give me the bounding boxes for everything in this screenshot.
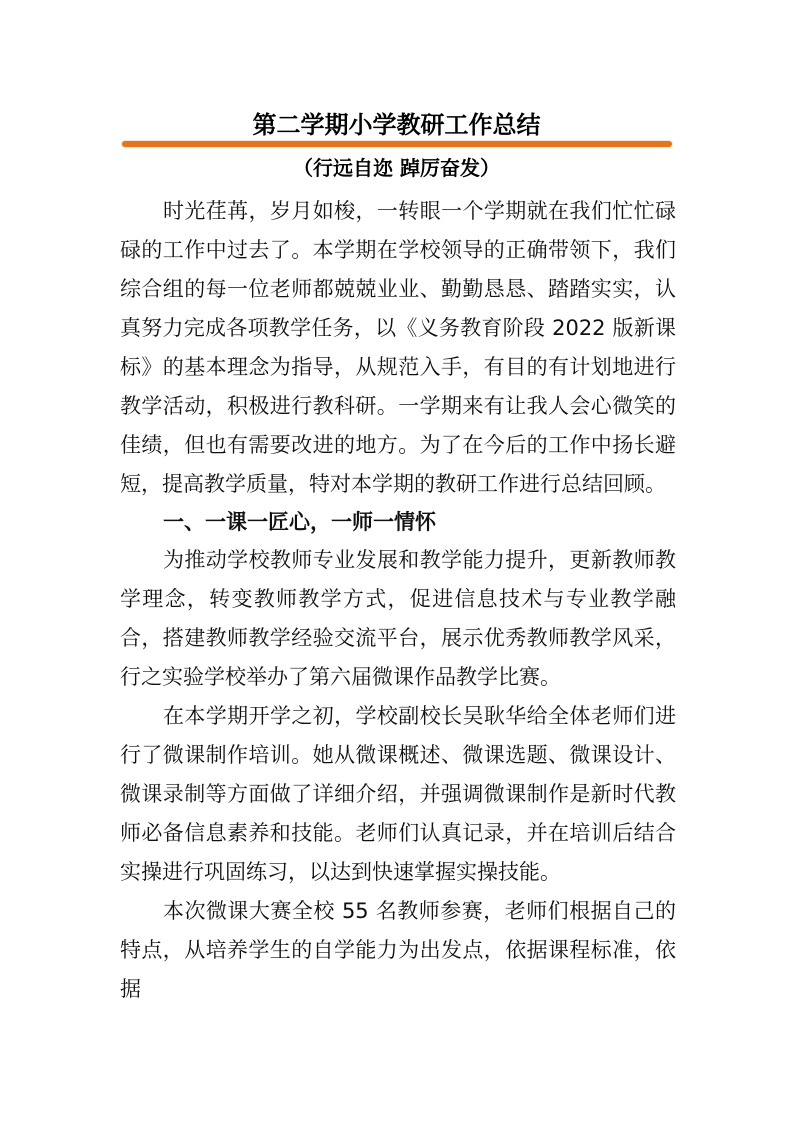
intro-paragraph: 时光荏苒，岁月如梭，一转眼一个学期就在我们忙忙碌碌的工作中过去了。本学期在学校领…	[120, 192, 676, 504]
document-title: 第二学期小学教研工作总结	[0, 108, 793, 142]
title-underline-rule	[122, 141, 672, 147]
section-1-paragraph-1: 为推动学校教师专业发展和教学能力提升，更新教师教学理念，转变教师教学方式，促进信…	[120, 541, 676, 697]
section-1-paragraph-3: 本次微课大赛全校 55 名教师参赛，老师们根据自己的特点，从培养学生的自学能力为…	[120, 892, 676, 1009]
document-body: 时光荏苒，岁月如梭，一转眼一个学期就在我们忙忙碌碌的工作中过去了。本学期在学校领…	[120, 192, 676, 1009]
section-1-paragraph-2: 在本学期开学之初，学校副校长吴耿华给全体老师们进行了微课制作培训。她从微课概述、…	[120, 697, 676, 892]
section-heading-1: 一、一课一匠心，一师一情怀	[120, 505, 676, 540]
document-page: 第二学期小学教研工作总结 （行远自迩 踔厉奋发） 时光荏苒，岁月如梭，一转眼一个…	[0, 0, 793, 1122]
document-subtitle: （行远自迩 踔厉奋发）	[0, 152, 793, 184]
